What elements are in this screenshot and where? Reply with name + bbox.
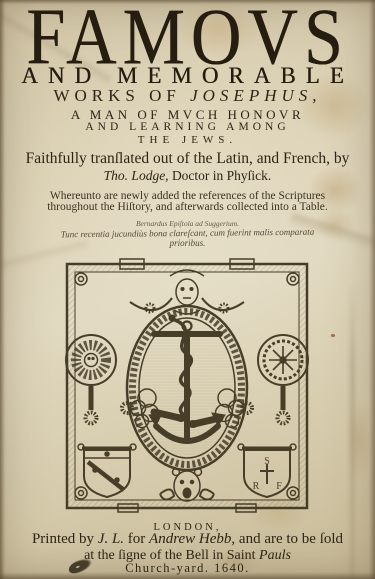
monogram-letter-r: R xyxy=(253,481,260,492)
rosette-icon xyxy=(278,413,289,424)
imprint-sold-note: , and are to be ſold xyxy=(231,531,343,547)
title-line-works: WORKS OF JOSEPHUS, xyxy=(0,86,375,106)
arms-shield-icon xyxy=(78,444,136,497)
imprint-for: for xyxy=(124,531,149,547)
monogram-letter-s: S xyxy=(264,456,270,467)
top-mask-icon xyxy=(130,270,244,314)
monogram-shield-icon: S R F xyxy=(238,444,296,497)
title-works-roman: WORKS OF xyxy=(53,86,190,105)
epigraph-line2: prioribus. xyxy=(0,238,375,248)
printer-device-woodcut: Woodcut printer's device: two hands issu… xyxy=(64,258,310,514)
translation-statement: Faithfully tranſlated out of the Latin, … xyxy=(0,150,375,168)
imprint-printed-by: Printed by xyxy=(32,531,98,547)
imprint-printer-initials: J. L. xyxy=(98,531,124,547)
monogram-letter-f: F xyxy=(276,481,282,492)
subtitle-jews: THE JEWS. xyxy=(0,134,375,146)
imprint-line1: Printed by J. L. for Andrew Hebb, and ar… xyxy=(0,531,375,548)
rosette-icon xyxy=(86,413,97,424)
paper-stain xyxy=(331,334,335,337)
translator-name: Tho. Lodge, xyxy=(104,168,169,183)
translator-line: Tho. Lodge, Doctor in Phyſick. xyxy=(0,168,375,184)
translator-title: Doctor in Phyſick. xyxy=(169,168,272,183)
title-works-josephus: JOSEPHUS, xyxy=(190,86,321,105)
grotesque-mask-icon xyxy=(160,469,214,502)
sun-medallion-icon xyxy=(66,335,116,385)
book-title-page: FAMOVS AND MEMORABLE WORKS OF JOSEPHUS, … xyxy=(0,0,375,579)
imprint-publisher-name: Andrew Hebb xyxy=(149,531,231,547)
star-medallion-icon xyxy=(258,335,308,385)
imprint-line3-date: Church-yard. 1640. xyxy=(0,561,375,576)
subtitle-learning: AND LEARNING AMONG xyxy=(0,121,375,133)
addendum-line2: throughout the Hiſtory, and afterwards c… xyxy=(0,201,375,213)
